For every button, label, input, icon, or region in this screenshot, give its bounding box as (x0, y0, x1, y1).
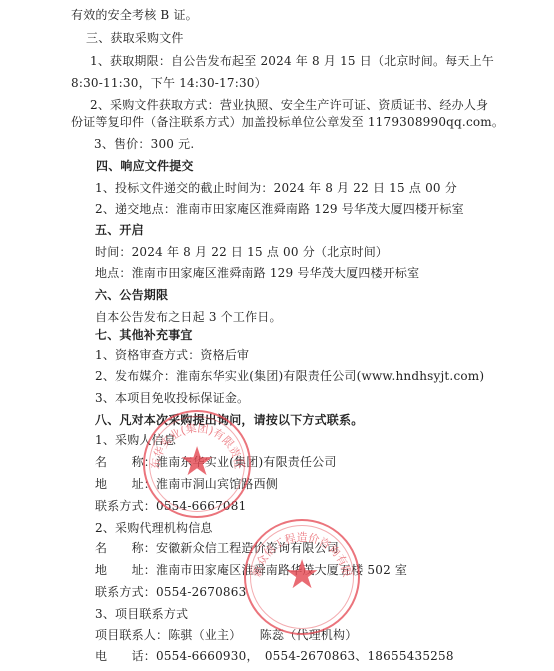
text-line: 2、采购文件获取方式：营业执照、安全生产许可证、资质证书、经办人身 (90, 98, 488, 112)
text-line: 三、获取采购文件 (86, 31, 184, 45)
text-line: 2、递交地点：淮南市田家庵区淮舜南路 129 号华茂大厦四楼开标室 (95, 202, 464, 216)
text-line: 3、本项目免收投标保证金。 (95, 391, 249, 405)
text-line: 联系方式：0554-2670863 (95, 585, 246, 599)
section-heading: 四、响应文件提交 (96, 159, 194, 173)
text-line: 3、项目联系方式 (95, 607, 188, 621)
text-line: 时间：2024 年 8 月 22 日 15 点 00 分（北京时间） (95, 245, 388, 259)
text-line: 地 址：淮南市洞山宾馆路西侧 (95, 477, 278, 491)
text-line: 名 称：安徽新众信工程造价咨询有限公司 (95, 541, 339, 555)
text-line: 自本公告发布之日起 3 个工作日。 (95, 310, 282, 324)
text-line: 1、资格审查方式：资格后审 (95, 348, 249, 362)
text-line: 项目联系人：陈骐（业主） 陈蕊（代理机构） (95, 628, 357, 642)
section-heading: 八、凡对本次采购提出询问，请按以下方式联系。 (95, 413, 363, 427)
text-line: 有效的安全考核 B 证。 (71, 8, 198, 22)
text-line: 1、获取期限：自公告发布起至 2024 年 8 月 15 日（北京时间。每天上午 (90, 54, 494, 68)
text-line: 1、投标文件递交的截止时间为：2024 年 8 月 22 日 15 点 00 分 (95, 181, 457, 195)
text-line: 8:30-11:30，下午 14:30-17:30） (71, 76, 267, 90)
text-line: 2、发布媒介：淮南东华实业(集团)有限责任公司(www.hndhsyjt.com… (95, 369, 484, 383)
text-line: 地点：淮南市田家庵区淮舜南路 129 号华茂大厦四楼开标室 (95, 266, 419, 280)
text-line: 名 称：淮南东华实业(集团)有限责任公司 (95, 455, 337, 469)
document-page: 有效的安全考核 B 证。三、获取采购文件1、获取期限：自公告发布起至 2024 … (0, 0, 554, 671)
text-line: 3、售价：300 元. (94, 137, 194, 151)
section-heading: 七、其他补充事宜 (95, 328, 193, 342)
agency-seal: 安徽新众信工程造价咨询有限公司★ (244, 519, 360, 635)
text-line: 地 址：淮南市田家庵区淮舜南路华茂大厦五楼 502 室 (95, 563, 407, 577)
text-line: 1、采购人信息 (95, 433, 176, 447)
section-heading: 六、公告期限 (95, 288, 168, 302)
text-line: 电 话：0554-6660930， 0554-2670863、186554352… (95, 649, 454, 663)
section-heading: 五、开启 (95, 223, 144, 237)
text-line: 份证等复印件（备注联系方式）加盖投标单位公章发至 1179308990qq.co… (71, 115, 504, 129)
text-line: 联系方式：0554-6667081 (95, 499, 246, 513)
text-line: 2、采购代理机构信息 (95, 521, 213, 535)
